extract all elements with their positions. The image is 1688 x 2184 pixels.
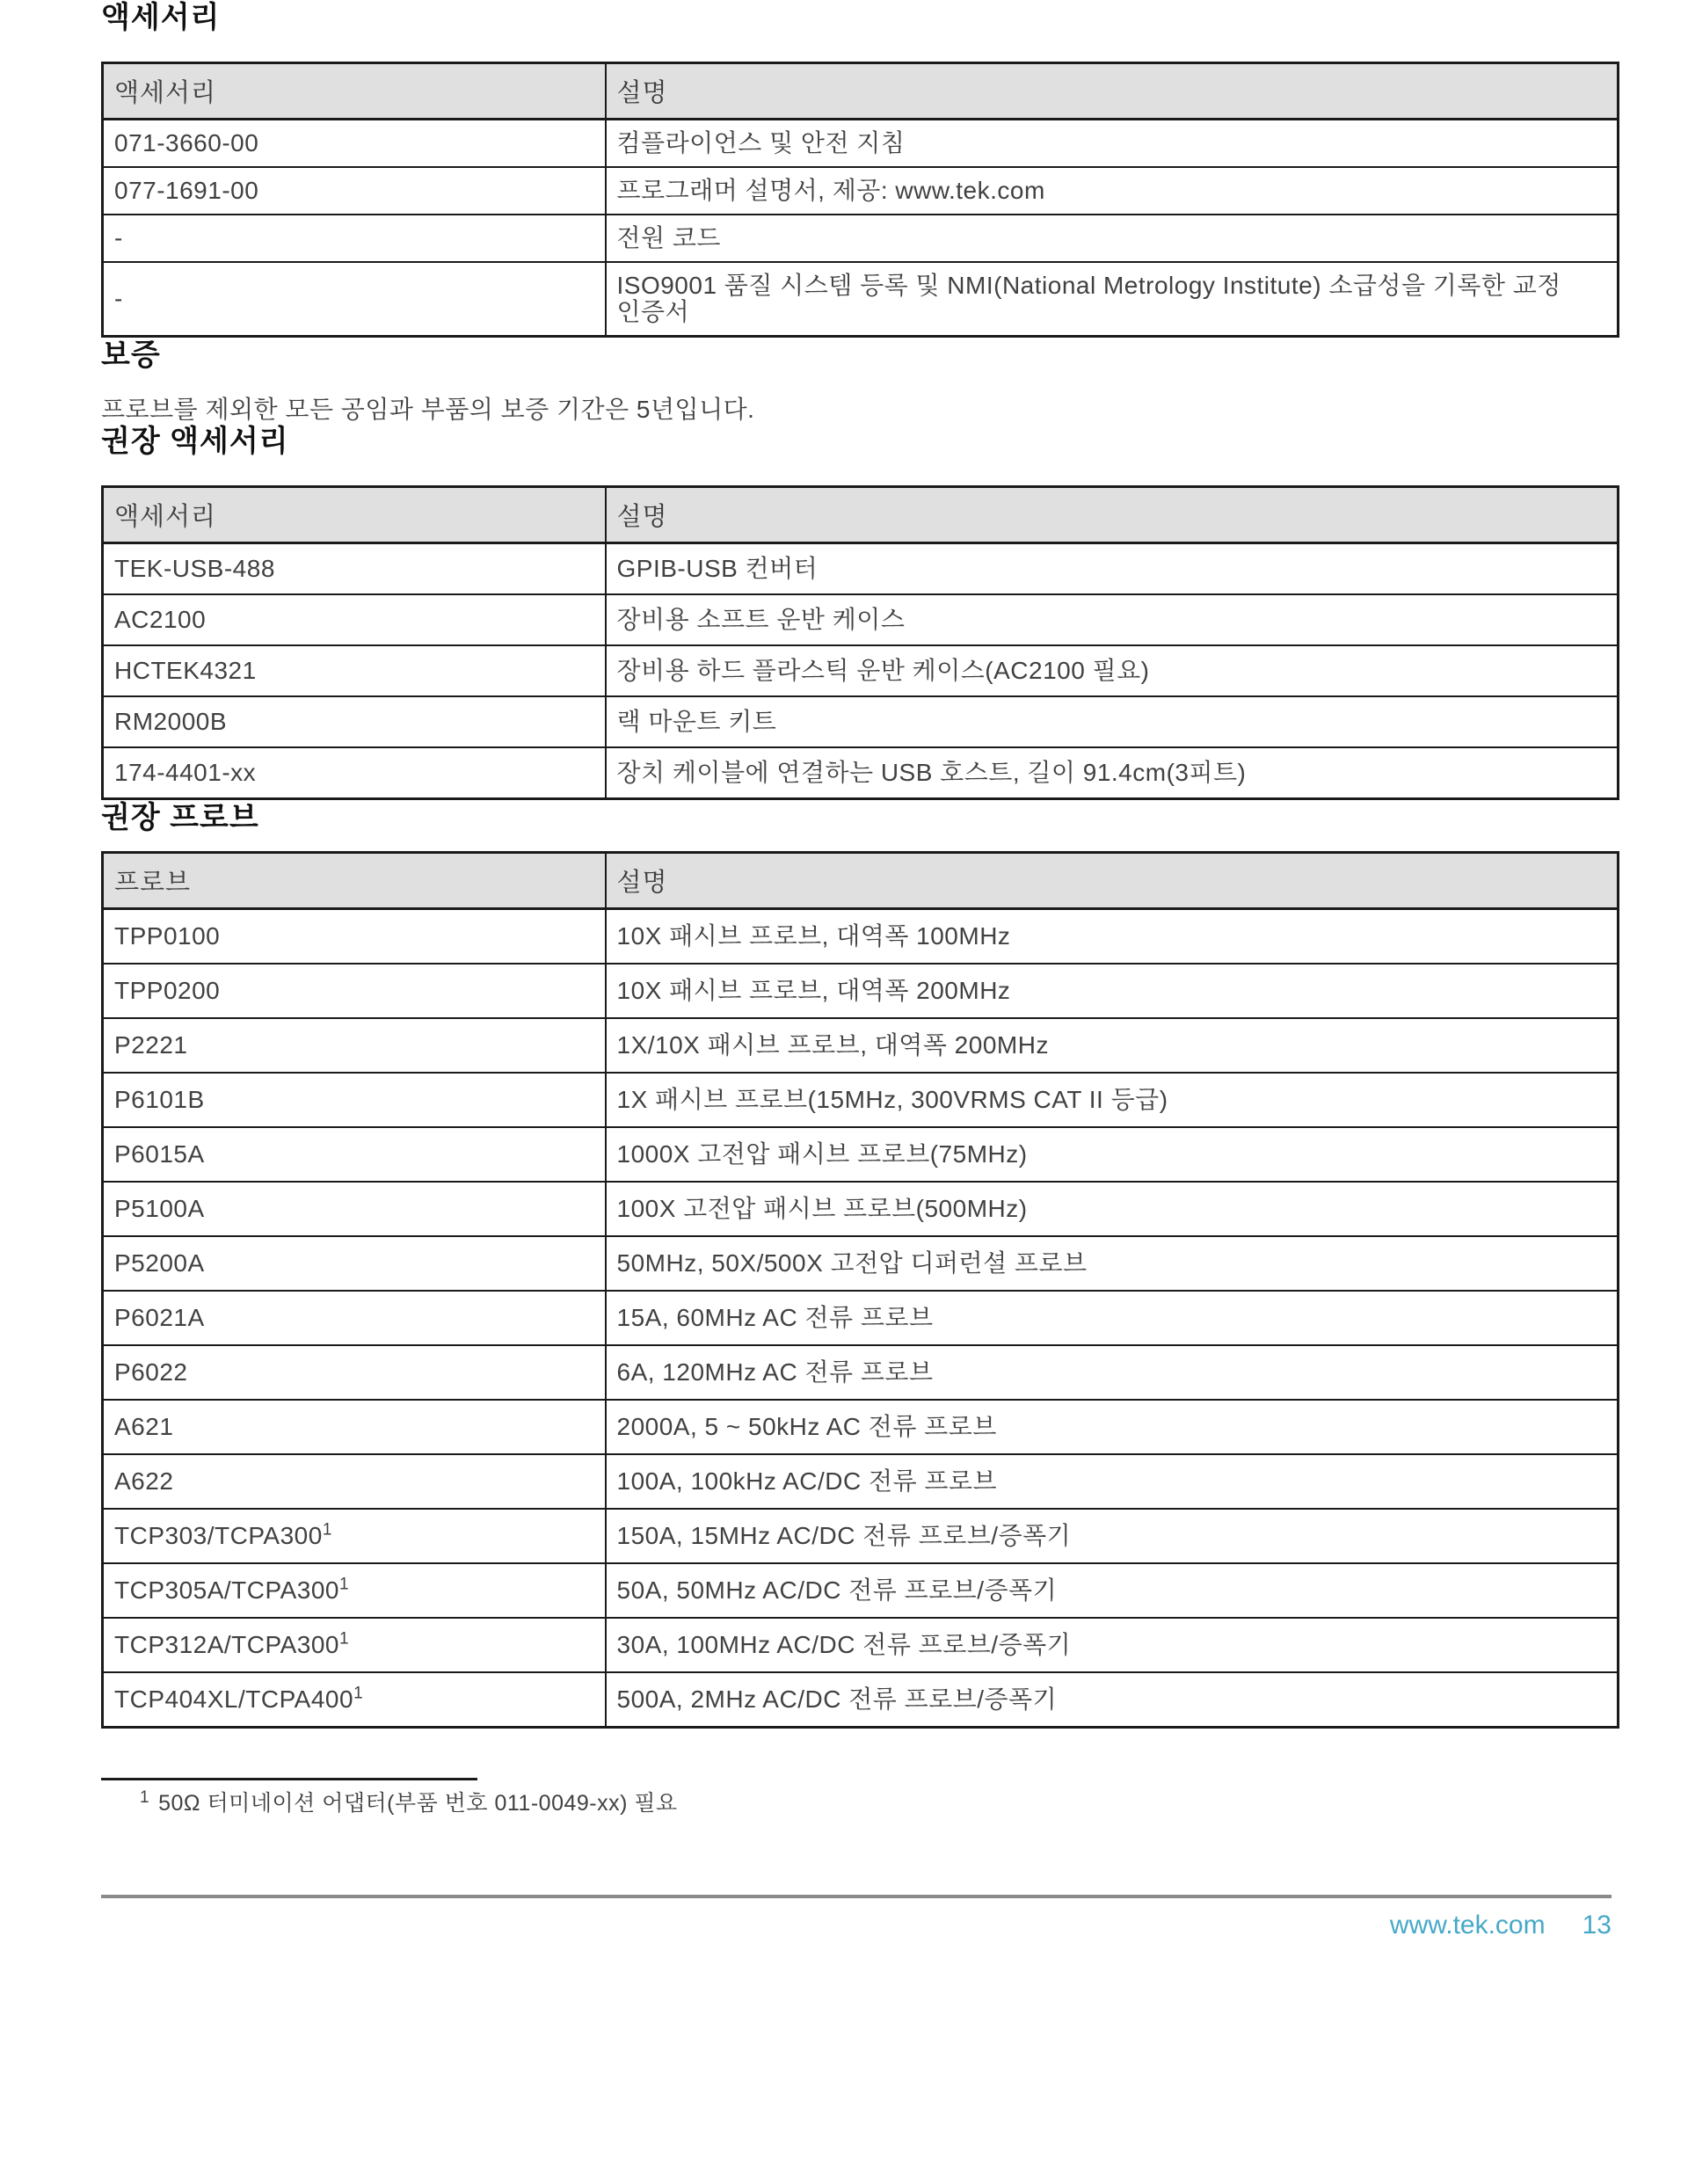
table-cell: 50MHz, 50X/500X 고전압 디퍼런셜 프로브 bbox=[606, 1236, 1619, 1291]
table-cell: 컴플라이언스 및 안전 지침 bbox=[606, 120, 1619, 168]
table-row: P60226A, 120MHz AC 전류 프로브 bbox=[103, 1345, 1619, 1400]
column-header-description: 설명 bbox=[606, 853, 1619, 909]
table-cell: - bbox=[103, 215, 606, 262]
table-cell: 전원 코드 bbox=[606, 215, 1619, 262]
table-row: P5100A100X 고전압 패시브 프로브(500MHz) bbox=[103, 1182, 1619, 1236]
accessories-table: 액세서리 설명 071-3660-00컴플라이언스 및 안전 지침077-169… bbox=[101, 62, 1619, 338]
table-row: 174-4401-xx장치 케이블에 연결하는 USB 호스트, 길이 91.4… bbox=[103, 747, 1619, 799]
recommended-probes-table: 프로브 설명 TPP010010X 패시브 프로브, 대역폭 100MHzTPP… bbox=[101, 851, 1619, 1729]
table-header-row: 액세서리 설명 bbox=[103, 487, 1619, 543]
footnote-divider bbox=[101, 1778, 477, 1780]
warranty-text: 프로브를 제외한 모든 공임과 부품의 보증 기간은 5년입니다. bbox=[101, 396, 1617, 424]
datasheet-page: TBS1000C Series Oscilloscope Datasheet 액… bbox=[0, 0, 1688, 2184]
footnote-text: 50Ω 터미네이션 어댑터(부품 번호 011-0049-xx) 필요 bbox=[158, 1791, 678, 1816]
table-cell: 장비용 소프트 운반 케이스 bbox=[606, 594, 1619, 645]
column-header-accessory: 액세서리 bbox=[103, 63, 606, 120]
table-row: RM2000B랙 마운트 키트 bbox=[103, 696, 1619, 747]
table-header-row: 프로브 설명 bbox=[103, 853, 1619, 909]
table-cell: A622 bbox=[103, 1454, 606, 1509]
table-cell: AC2100 bbox=[103, 594, 606, 645]
recommended-accessories-table: 액세서리 설명 TEK-USB-488GPIB-USB 컨버터AC2100장비용… bbox=[101, 485, 1619, 800]
table-cell: TPP0100 bbox=[103, 909, 606, 965]
table-cell: 174-4401-xx bbox=[103, 747, 606, 799]
table-cell: 50A, 50MHz AC/DC 전류 프로브/증폭기 bbox=[606, 1563, 1619, 1618]
table-cell: 15A, 60MHz AC 전류 프로브 bbox=[606, 1291, 1619, 1345]
table-cell: 500A, 2MHz AC/DC 전류 프로브/증폭기 bbox=[606, 1672, 1619, 1728]
table-cell: 30A, 100MHz AC/DC 전류 프로브/증폭기 bbox=[606, 1618, 1619, 1672]
table-cell: P6101B bbox=[103, 1073, 606, 1127]
table-row: TPP020010X 패시브 프로브, 대역폭 200MHz bbox=[103, 964, 1619, 1018]
table-cell: P6015A bbox=[103, 1127, 606, 1182]
table-row: TEK-USB-488GPIB-USB 컨버터 bbox=[103, 543, 1619, 595]
table-cell: 1X 패시브 프로브(15MHz, 300VRMS CAT II 등급) bbox=[606, 1073, 1619, 1127]
table-cell: 프로그래머 설명서, 제공: www.tek.com bbox=[606, 167, 1619, 215]
table-header-row: 액세서리 설명 bbox=[103, 63, 1619, 120]
table-cell: A621 bbox=[103, 1400, 606, 1454]
table-row: P6021A15A, 60MHz AC 전류 프로브 bbox=[103, 1291, 1619, 1345]
table-row: -전원 코드 bbox=[103, 215, 1619, 262]
accessories-heading: 액세서리 bbox=[101, 0, 1617, 35]
footnote: 150Ω 터미네이션 어댑터(부품 번호 011-0049-xx) 필요 bbox=[101, 1791, 1617, 1816]
table-cell: 071-3660-00 bbox=[103, 120, 606, 168]
table-cell: 랙 마운트 키트 bbox=[606, 696, 1619, 747]
footer-url: www.tek.com bbox=[1390, 1911, 1546, 1940]
table-cell: 1X/10X 패시브 프로브, 대역폭 200MHz bbox=[606, 1018, 1619, 1073]
footnote-reference: 1 bbox=[339, 1630, 349, 1649]
table-row: HCTEK4321장비용 하드 플라스틱 운반 케이스(AC2100 필요) bbox=[103, 645, 1619, 696]
table-cell: P5100A bbox=[103, 1182, 606, 1236]
table-row: P22211X/10X 패시브 프로브, 대역폭 200MHz bbox=[103, 1018, 1619, 1073]
table-row: 077-1691-00프로그래머 설명서, 제공: www.tek.com bbox=[103, 167, 1619, 215]
table-cell: 150A, 15MHz AC/DC 전류 프로브/증폭기 bbox=[606, 1509, 1619, 1563]
table-cell: 077-1691-00 bbox=[103, 167, 606, 215]
table-cell: P6022 bbox=[103, 1345, 606, 1400]
table-cell: TCP303/TCPA3001 bbox=[103, 1509, 606, 1563]
table-cell: GPIB-USB 컨버터 bbox=[606, 543, 1619, 595]
column-header-accessory: 액세서리 bbox=[103, 487, 606, 543]
footer-page-number: 13 bbox=[1582, 1911, 1612, 1940]
table-row: A622100A, 100kHz AC/DC 전류 프로브 bbox=[103, 1454, 1619, 1509]
table-cell: 10X 패시브 프로브, 대역폭 100MHz bbox=[606, 909, 1619, 965]
table-row: P5200A50MHz, 50X/500X 고전압 디퍼런셜 프로브 bbox=[103, 1236, 1619, 1291]
table-row: P6101B1X 패시브 프로브(15MHz, 300VRMS CAT II 등… bbox=[103, 1073, 1619, 1127]
table-row: 071-3660-00컴플라이언스 및 안전 지침 bbox=[103, 120, 1619, 168]
table-cell: RM2000B bbox=[103, 696, 606, 747]
table-cell: 100A, 100kHz AC/DC 전류 프로브 bbox=[606, 1454, 1619, 1509]
table-cell: P6021A bbox=[103, 1291, 606, 1345]
column-header-description: 설명 bbox=[606, 63, 1619, 120]
table-cell: 1000X 고전압 패시브 프로브(75MHz) bbox=[606, 1127, 1619, 1182]
table-row: TCP404XL/TCPA4001500A, 2MHz AC/DC 전류 프로브… bbox=[103, 1672, 1619, 1728]
table-cell: TCP404XL/TCPA4001 bbox=[103, 1672, 606, 1728]
table-cell: 2000A, 5 ~ 50kHz AC 전류 프로브 bbox=[606, 1400, 1619, 1454]
recommended-probes-heading: 권장 프로브 bbox=[101, 800, 1617, 835]
table-cell: - bbox=[103, 262, 606, 337]
table-cell: 10X 패시브 프로브, 대역폭 200MHz bbox=[606, 964, 1619, 1018]
warranty-heading: 보증 bbox=[101, 338, 1617, 373]
table-cell: P5200A bbox=[103, 1236, 606, 1291]
table-row: P6015A1000X 고전압 패시브 프로브(75MHz) bbox=[103, 1127, 1619, 1182]
recommended-accessories-heading: 권장 액세서리 bbox=[101, 424, 1617, 459]
table-row: TCP305A/TCPA300150A, 50MHz AC/DC 전류 프로브/… bbox=[103, 1563, 1619, 1618]
column-header-probe: 프로브 bbox=[103, 853, 606, 909]
table-cell: TCP305A/TCPA3001 bbox=[103, 1563, 606, 1618]
footer-divider bbox=[101, 1895, 1612, 1898]
table-cell: 100X 고전압 패시브 프로브(500MHz) bbox=[606, 1182, 1619, 1236]
table-row: AC2100장비용 소프트 운반 케이스 bbox=[103, 594, 1619, 645]
table-row: A6212000A, 5 ~ 50kHz AC 전류 프로브 bbox=[103, 1400, 1619, 1454]
page-content: 액세서리 액세서리 설명 071-3660-00컴플라이언스 및 안전 지침07… bbox=[101, 0, 1617, 1940]
column-header-description: 설명 bbox=[606, 487, 1619, 543]
table-cell: TPP0200 bbox=[103, 964, 606, 1018]
table-cell: P2221 bbox=[103, 1018, 606, 1073]
table-cell: HCTEK4321 bbox=[103, 645, 606, 696]
footnote-reference: 1 bbox=[353, 1685, 363, 1703]
table-row: TPP010010X 패시브 프로브, 대역폭 100MHz bbox=[103, 909, 1619, 965]
page-footer: www.tek.com13 bbox=[101, 1911, 1612, 1940]
table-cell: 장치 케이블에 연결하는 USB 호스트, 길이 91.4cm(3피트) bbox=[606, 747, 1619, 799]
table-cell: TEK-USB-488 bbox=[103, 543, 606, 595]
footnote-reference: 1 bbox=[339, 1576, 349, 1594]
footnote-marker: 1 bbox=[140, 1788, 149, 1807]
table-cell: 장비용 하드 플라스틱 운반 케이스(AC2100 필요) bbox=[606, 645, 1619, 696]
table-row: TCP303/TCPA3001150A, 15MHz AC/DC 전류 프로브/… bbox=[103, 1509, 1619, 1563]
table-row: TCP312A/TCPA300130A, 100MHz AC/DC 전류 프로브… bbox=[103, 1618, 1619, 1672]
table-cell: ISO9001 품질 시스템 등록 및 NMI(National Metrolo… bbox=[606, 262, 1619, 337]
table-cell: TCP312A/TCPA3001 bbox=[103, 1618, 606, 1672]
table-row: -ISO9001 품질 시스템 등록 및 NMI(National Metrol… bbox=[103, 262, 1619, 337]
footnote-reference: 1 bbox=[323, 1521, 332, 1540]
table-cell: 6A, 120MHz AC 전류 프로브 bbox=[606, 1345, 1619, 1400]
